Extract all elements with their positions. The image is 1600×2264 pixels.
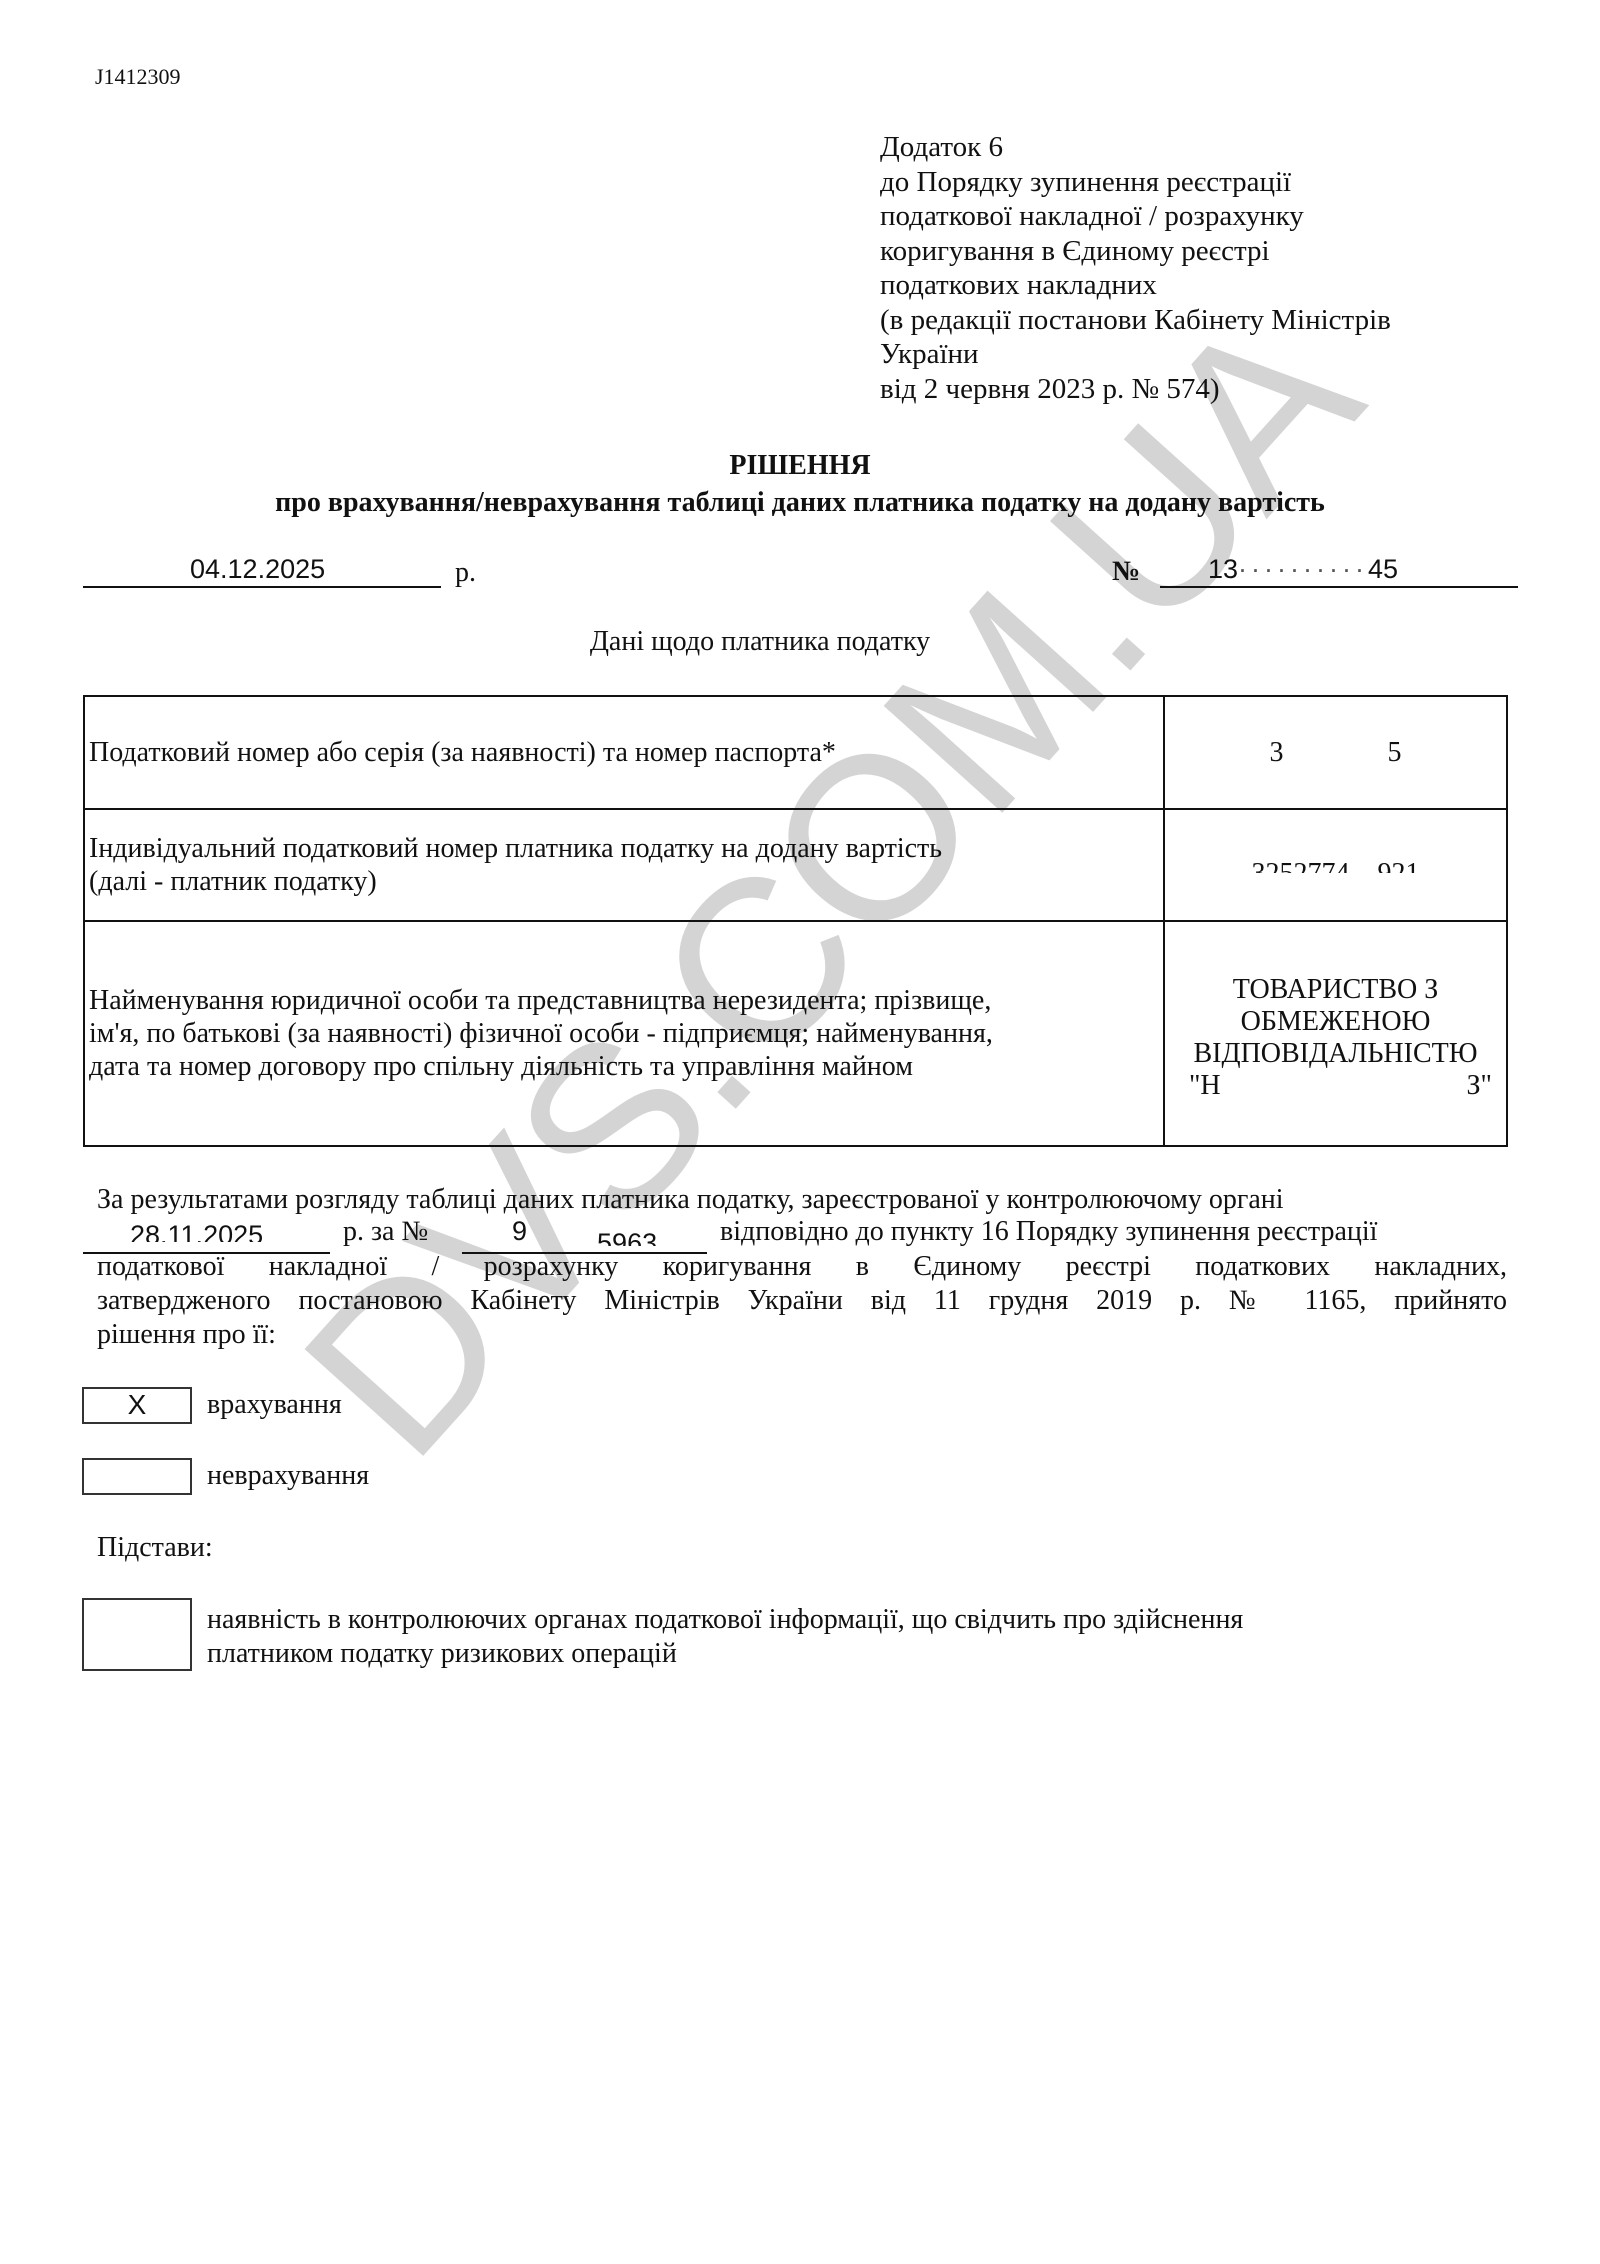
annex-line: від 2 червня 2023 р. № 574) [880, 372, 1560, 407]
registration-number-end: 5963 [597, 1228, 657, 1246]
annex-line: до Порядку зупинення реєстрації [880, 165, 1560, 200]
decision-number-start: 13 [1208, 554, 1238, 584]
option-accounted-checkbox[interactable]: X [82, 1387, 192, 1424]
table-row: Індивідуальний податковий номер платника… [84, 809, 1507, 921]
tax-number-part: 5 [1388, 737, 1402, 768]
paragraph-line: затвердженого постановою Кабінету Мініст… [97, 1284, 1507, 1318]
tax-number-label: Податковий номер або серія (за наявності… [84, 696, 1164, 809]
registration-date-text: 28.11.2025 [130, 1220, 263, 1242]
value-fragment: "Н [1189, 1070, 1221, 1102]
value-line: "Н З" [1169, 1070, 1502, 1102]
table-row: Податковий номер або серія (за наявності… [84, 696, 1507, 809]
decision-number-obscured: ·········· [1238, 554, 1368, 584]
ground-risky-operations-checkbox[interactable] [82, 1598, 192, 1671]
vat-number-label: Індивідуальний податковий номер платника… [84, 809, 1164, 921]
annex-line: України [880, 337, 1560, 372]
annex-line: (в редакції постанови Кабінету Міністрів [880, 303, 1560, 338]
value-line: ОБМЕЖЕНОЮ [1169, 1006, 1502, 1038]
entity-name-value: ТОВАРИСТВО З ОБМЕЖЕНОЮ ВІДПОВІДАЛЬНІСТЮ … [1164, 921, 1507, 1146]
paragraph-line: За результатами розгляду таблиці даних п… [97, 1183, 1507, 1217]
label-line: дата та номер договору про спільну діяль… [89, 1050, 1159, 1083]
registration-number-value: 95963 [512, 1216, 657, 1247]
label-line: ім'я, по батькові (за наявності) фізично… [89, 1017, 1159, 1050]
table-row: Найменування юридичної особи та представ… [84, 921, 1507, 1146]
option-not-accounted-label: неврахування [207, 1460, 369, 1492]
value-line: ВІДПОВІДАЛЬНІСТЮ [1169, 1038, 1502, 1070]
option-not-accounted-checkbox[interactable] [82, 1458, 192, 1495]
annex-reference: Додаток 6 до Порядку зупинення реєстраці… [880, 130, 1560, 406]
decision-number-label: № [1112, 556, 1140, 588]
vat-number-value: 3252774…921 [1164, 809, 1507, 921]
registration-date-suffix: р. за № [343, 1216, 428, 1248]
form-code: J1412309 [95, 64, 181, 90]
value-fragment: З" [1467, 1070, 1492, 1102]
annex-line: Додаток 6 [880, 130, 1560, 165]
paragraph-line: податкової накладної / розрахунку коригу… [97, 1250, 1507, 1284]
decision-number-value: 13··········45 [1208, 554, 1398, 585]
document-subtitle: про врахування/неврахування таблиці дани… [0, 487, 1600, 519]
registration-number-start: 9 [512, 1216, 527, 1246]
label-line: наявність в контролюючих органах податко… [207, 1603, 1243, 1637]
decision-date-value: 04.12.2025 [190, 554, 325, 585]
tax-number-part: 3 [1270, 737, 1284, 768]
vat-number-text: 3252774…921 [1252, 852, 1420, 873]
label-line: платником податку ризикових операцій [207, 1637, 1243, 1671]
annex-line: коригування в Єдиному реєстрі [880, 234, 1560, 269]
document-title: РІШЕННЯ [0, 450, 1600, 482]
label-line: Найменування юридичної особи та представ… [89, 984, 1159, 1017]
option-accounted-label: врахування [207, 1389, 342, 1421]
ground-risky-operations-label: наявність в контролюючих органах податко… [207, 1603, 1243, 1671]
decision-date-suffix: р. [455, 557, 476, 589]
registration-date-value: 28.11.2025 [130, 1220, 263, 1242]
annex-line: податкових накладних [880, 268, 1560, 303]
grounds-title: Підстави: [97, 1532, 213, 1564]
paragraph-line: рішення про її: [97, 1318, 1507, 1352]
taxpayer-section-title: Дані щодо платника податку [0, 626, 1520, 658]
value-line: ТОВАРИСТВО З [1169, 974, 1502, 1006]
taxpayer-table: Податковий номер або серія (за наявності… [83, 695, 1508, 1147]
decision-date-text: 04.12.2025 [190, 554, 325, 584]
label-line: Індивідуальний податковий номер платника… [89, 832, 1159, 865]
tax-number-value: 3 5 [1164, 696, 1507, 809]
decision-number-end: 45 [1368, 554, 1398, 584]
entity-name-label: Найменування юридичної особи та представ… [84, 921, 1164, 1146]
label-line: (далі - платник податку) [89, 865, 1159, 898]
annex-line: податкової накладної / розрахунку [880, 199, 1560, 234]
paragraph-line: відповідно до пункту 16 Порядку зупиненн… [720, 1216, 1377, 1248]
